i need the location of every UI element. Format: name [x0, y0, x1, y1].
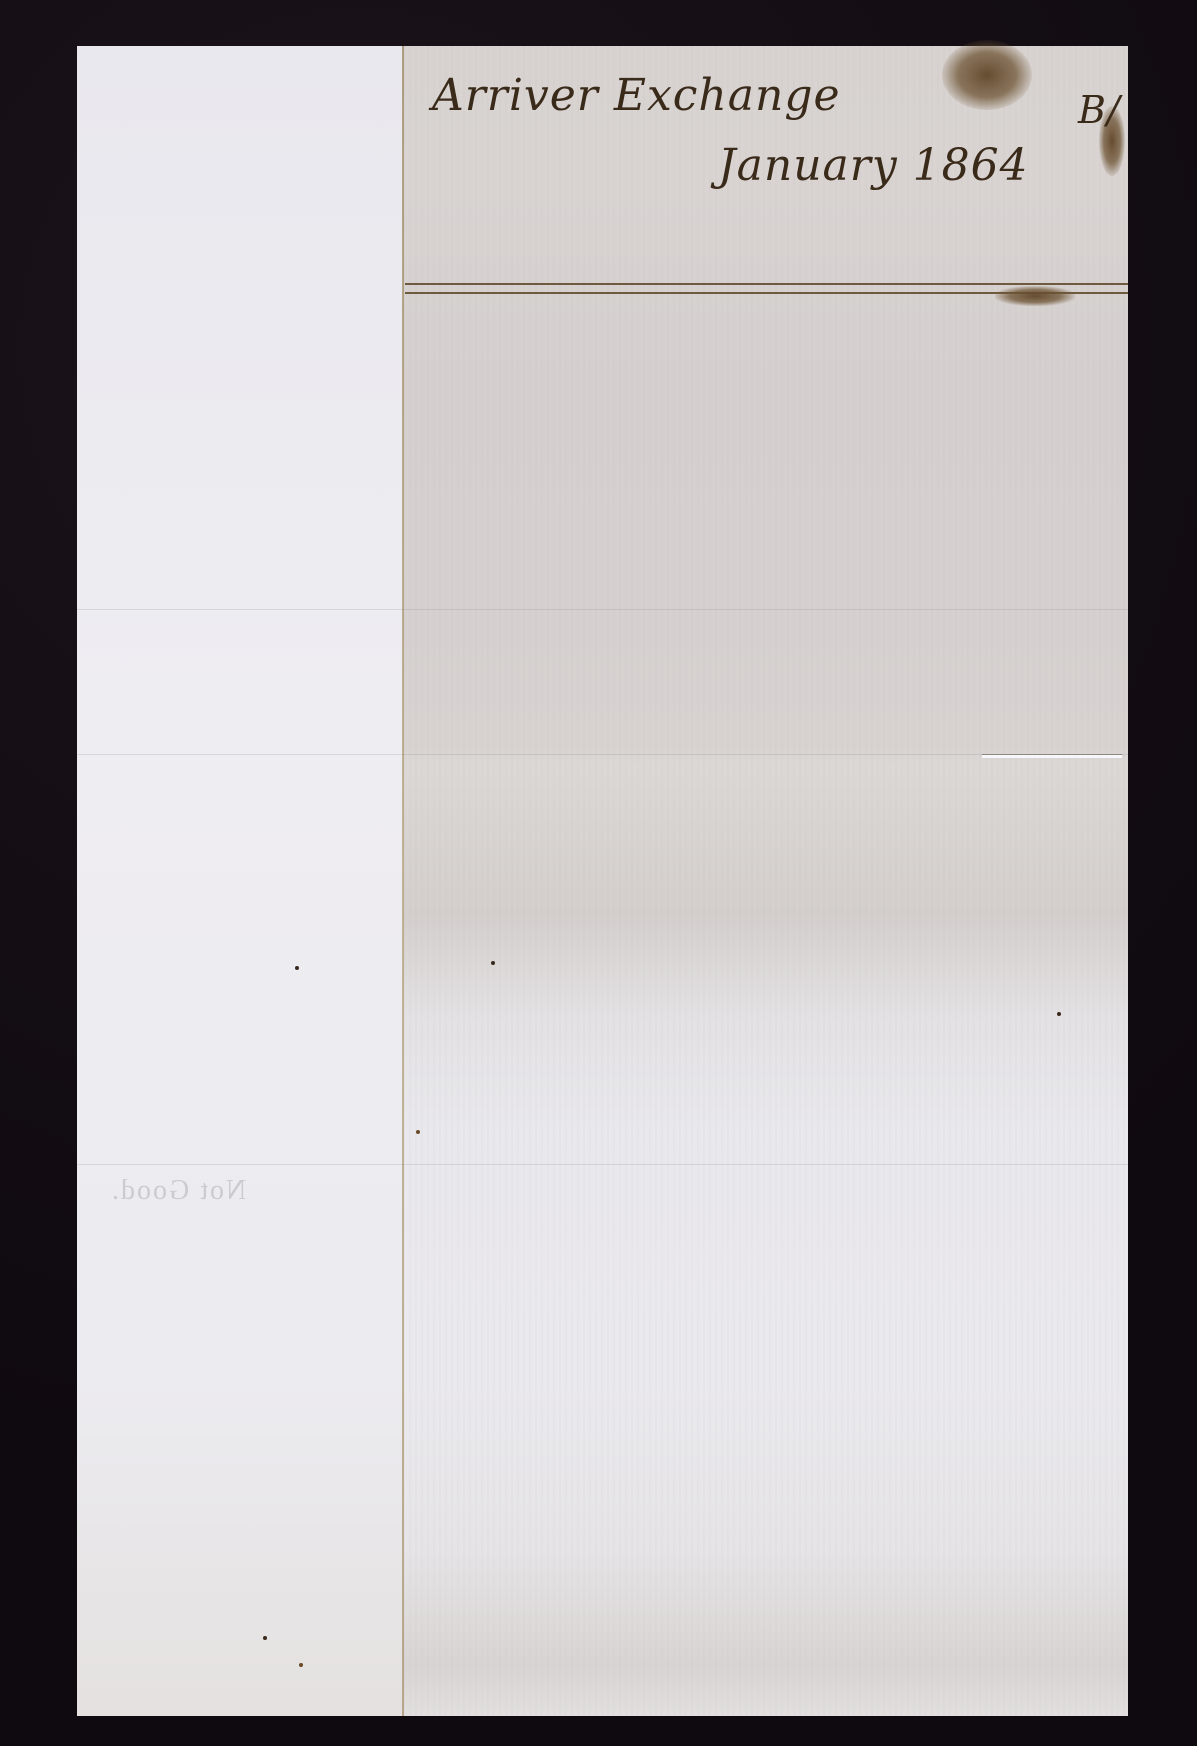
stain-spot: [263, 1636, 267, 1640]
horizontal-fold: [77, 1164, 1128, 1165]
vertical-fold: [402, 46, 404, 1716]
pin-hole: [491, 961, 495, 965]
pin-hole: [1057, 1012, 1061, 1016]
stain-spot: [416, 1130, 420, 1134]
ink-stain: [942, 40, 1032, 110]
stain-spot: [299, 1663, 303, 1667]
horizontal-fold: [77, 609, 1128, 610]
docket-rule-top: [405, 283, 1128, 285]
docket-reference: B/: [1078, 88, 1121, 132]
docket-line-1: Arriver Exchange: [432, 70, 841, 121]
docket-line-2: January 1864: [718, 140, 1029, 191]
letter-sheet: [77, 46, 1128, 1716]
ink-stain: [995, 286, 1075, 306]
horizontal-fold: [77, 754, 1128, 755]
showthrough-text: Not Good.: [110, 1175, 246, 1207]
paper-tear: [982, 754, 1122, 758]
left-panel: [77, 46, 403, 1716]
pin-hole: [295, 966, 299, 970]
